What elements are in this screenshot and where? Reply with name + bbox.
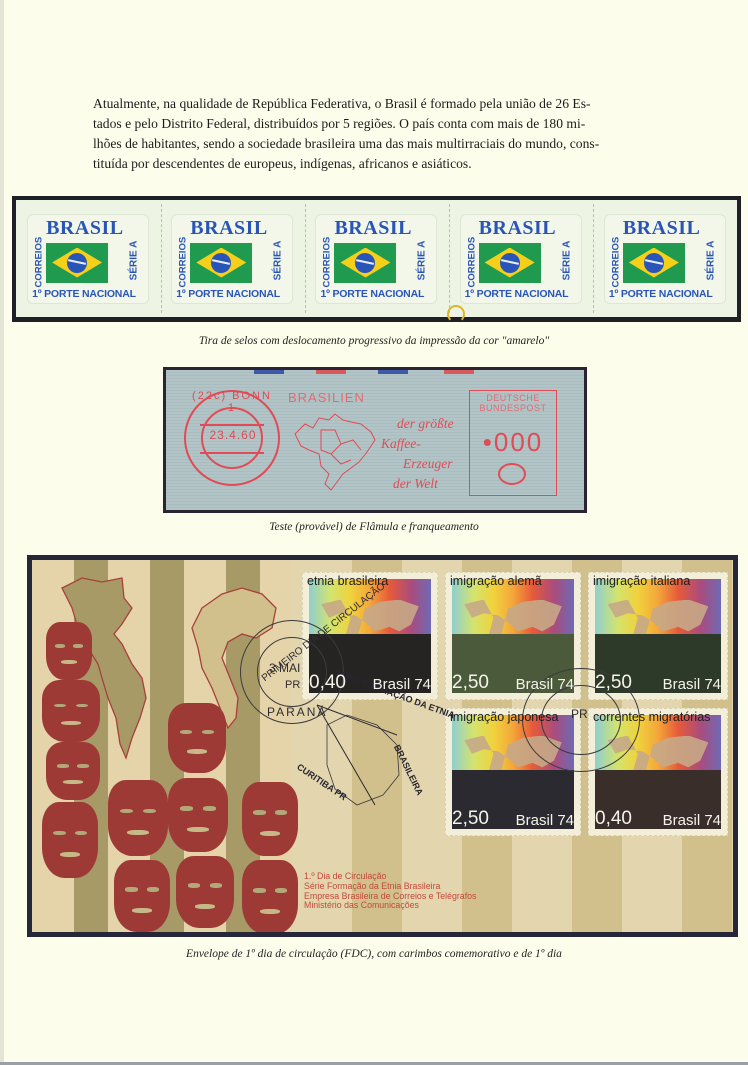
intro-line: lhões de habitantes, sendo a sociedade b… (93, 134, 683, 154)
portrait-face (42, 802, 98, 878)
stamp-country: BRASIL (190, 217, 267, 240)
stamp-bottom-text: 1º PORTE NACIONAL (176, 288, 280, 300)
intro-line: tituída por descendentes de europeus, in… (93, 154, 683, 174)
postmark-date: 23.4.60 (206, 428, 260, 442)
stamp-side-left: CORREIOS (610, 237, 621, 287)
postal-authority-line: BUNDESPOST (479, 403, 546, 413)
perforation-line (593, 204, 594, 313)
perforation-line (449, 204, 450, 313)
slogan-line: der größte (381, 414, 454, 434)
stamp-country: Brasil 74 (516, 812, 574, 829)
portrait-face (46, 622, 92, 680)
postmark-state: PR (571, 707, 588, 721)
stamp-title: imigração alemã (450, 574, 542, 588)
portrait-face (242, 860, 298, 932)
stamp-bottom-text: 1º PORTE NACIONAL (320, 288, 424, 300)
stamp-side-right: SÉRIE A (417, 232, 428, 288)
stamp-bottom-text: 1º PORTE NACIONAL (465, 288, 569, 300)
postmark-bar (200, 424, 264, 426)
stamp-value: 2,50 (452, 672, 489, 694)
stamp-side-left: CORREIOS (178, 237, 189, 287)
meter-slogan: der größte Kaffee- Erzeuger der Welt (381, 414, 454, 494)
stamp-imigracao-italiana: imigração italiana 2,50 Brasil 74 (588, 572, 728, 700)
stamp-country: BRASIL (479, 217, 556, 240)
flag-stamp: BRASILCORREIOSSÉRIE A1º PORTE NACIONAL (460, 214, 582, 304)
perforation-line (161, 204, 162, 313)
postmark-date: 3 MAI (269, 661, 300, 675)
stamp-bottom-text: 1º PORTE NACIONAL (32, 288, 136, 300)
meter-paper: (22c) BONN 1 23.4.60 BRASILIEN der größt… (166, 370, 584, 510)
portrait-face (108, 780, 168, 856)
meter-franking-piece: (22c) BONN 1 23.4.60 BRASILIEN der größt… (163, 367, 587, 513)
stamp-side-left: CORREIOS (322, 237, 333, 287)
fdc-envelope: etnia brasileira 0,40 Brasil 74 imigraçã… (27, 555, 738, 937)
stamp-country: BRASIL (334, 217, 411, 240)
meter-caption: Teste (provável) de Flâmula e franqueame… (0, 521, 748, 533)
intro-paragraph: Atualmente, na qualidade de República Fe… (93, 94, 683, 174)
intro-line: Atualmente, na qualidade de República Fe… (93, 94, 683, 114)
meter-value-box: DEUTSCHE BUNDESPOST •000 (469, 390, 557, 496)
perforation-line (305, 204, 306, 313)
stamp-country: Brasil 74 (516, 676, 574, 693)
cachet-text: 1.º Dia de Circulação Série Formação da … (304, 872, 476, 911)
slogan-line: Erzeuger (381, 454, 454, 474)
portrait-face (42, 680, 100, 742)
stamp-imigracao-alema: imigração alemã 2,50 Brasil 74 (445, 572, 581, 700)
stamp-country: Brasil 74 (373, 676, 431, 693)
stamp-country: Brasil 74 (663, 676, 721, 693)
stamp-side-right: SÉRIE A (129, 232, 140, 288)
stamp-country: BRASIL (46, 217, 123, 240)
stamp-bottom-text: 1º PORTE NACIONAL (609, 288, 713, 300)
stamp-country: Brasil 74 (663, 812, 721, 829)
brazil-flag-icon (46, 243, 108, 283)
stamp-title: etnia brasileira (307, 574, 388, 588)
stamp-title: imigração italiana (593, 574, 690, 588)
cachet-line: Ministério das Comunicações (304, 901, 476, 911)
postmark-bar (200, 452, 264, 454)
stamp-side-left: CORREIOS (34, 237, 45, 287)
stamp-value: 0,40 (309, 672, 346, 694)
stamp-title: correntes migratórias (593, 710, 710, 724)
flag-stamp: BRASILCORREIOSSÉRIE A1º PORTE NACIONAL (171, 214, 293, 304)
stamp-side-right: SÉRIE A (705, 232, 716, 288)
portrait-face (114, 860, 170, 932)
brazil-flag-icon (334, 243, 396, 283)
brazil-flag-icon (190, 243, 252, 283)
flag-stamp: BRASILCORREIOSSÉRIE A1º PORTE NACIONAL (27, 214, 149, 304)
stamp-strip-caption: Tira de selos com deslocamento progressi… (0, 335, 748, 347)
stamp-value: 2,50 (595, 672, 632, 694)
intro-line: tados e pelo Distrito Federal, distribuí… (93, 114, 683, 134)
posthorn-icon (498, 463, 526, 485)
highlight-circle-marker (447, 305, 465, 323)
stamp-side-right: SÉRIE A (273, 232, 284, 288)
bonn-postmark: (22c) BONN 1 23.4.60 (184, 390, 280, 486)
commemorative-postmark: SÉRIE FORMAÇÃO DA ETNIA BRASILEIRA CURIT… (287, 685, 427, 825)
meter-value: •000 (470, 427, 556, 458)
postal-authority: DEUTSCHE BUNDESPOST (470, 393, 556, 413)
brazil-flag-icon (623, 243, 685, 283)
portrait-face (168, 703, 226, 773)
stamp-side-right: SÉRIE A (561, 232, 572, 288)
stamp-title: imigração japonesa (450, 710, 558, 724)
stamp-value: 0,40 (595, 808, 632, 830)
flag-stamp: BRASILCORREIOSSÉRIE A1º PORTE NACIONAL (315, 214, 437, 304)
flag-stamp: BRASILCORREIOSSÉRIE A1º PORTE NACIONAL (604, 214, 726, 304)
stamp-strip: BRASILCORREIOSSÉRIE A1º PORTE NACIONALBR… (12, 196, 741, 322)
stamp-strip-backing: BRASILCORREIOSSÉRIE A1º PORTE NACIONALBR… (16, 200, 737, 317)
fdc-caption: Envelope de 1º dia de circulação (FDC), … (0, 948, 748, 960)
slogan-line: der Welt (381, 474, 454, 494)
portrait-face (46, 742, 100, 800)
envelope-surface: etnia brasileira 0,40 Brasil 74 imigraçã… (32, 560, 733, 932)
slogan-line: Kaffee- (381, 434, 454, 454)
postal-authority-line: DEUTSCHE (486, 393, 540, 403)
brazil-flag-icon (479, 243, 541, 283)
portrait-face (168, 778, 228, 852)
stamp-side-left: CORREIOS (466, 237, 477, 287)
meter-heading: BRASILIEN (288, 390, 365, 405)
stamp-value: 2,50 (452, 808, 489, 830)
brazil-map-icon (291, 410, 381, 492)
portrait-face (176, 856, 234, 928)
stamp-country: BRASIL (623, 217, 700, 240)
